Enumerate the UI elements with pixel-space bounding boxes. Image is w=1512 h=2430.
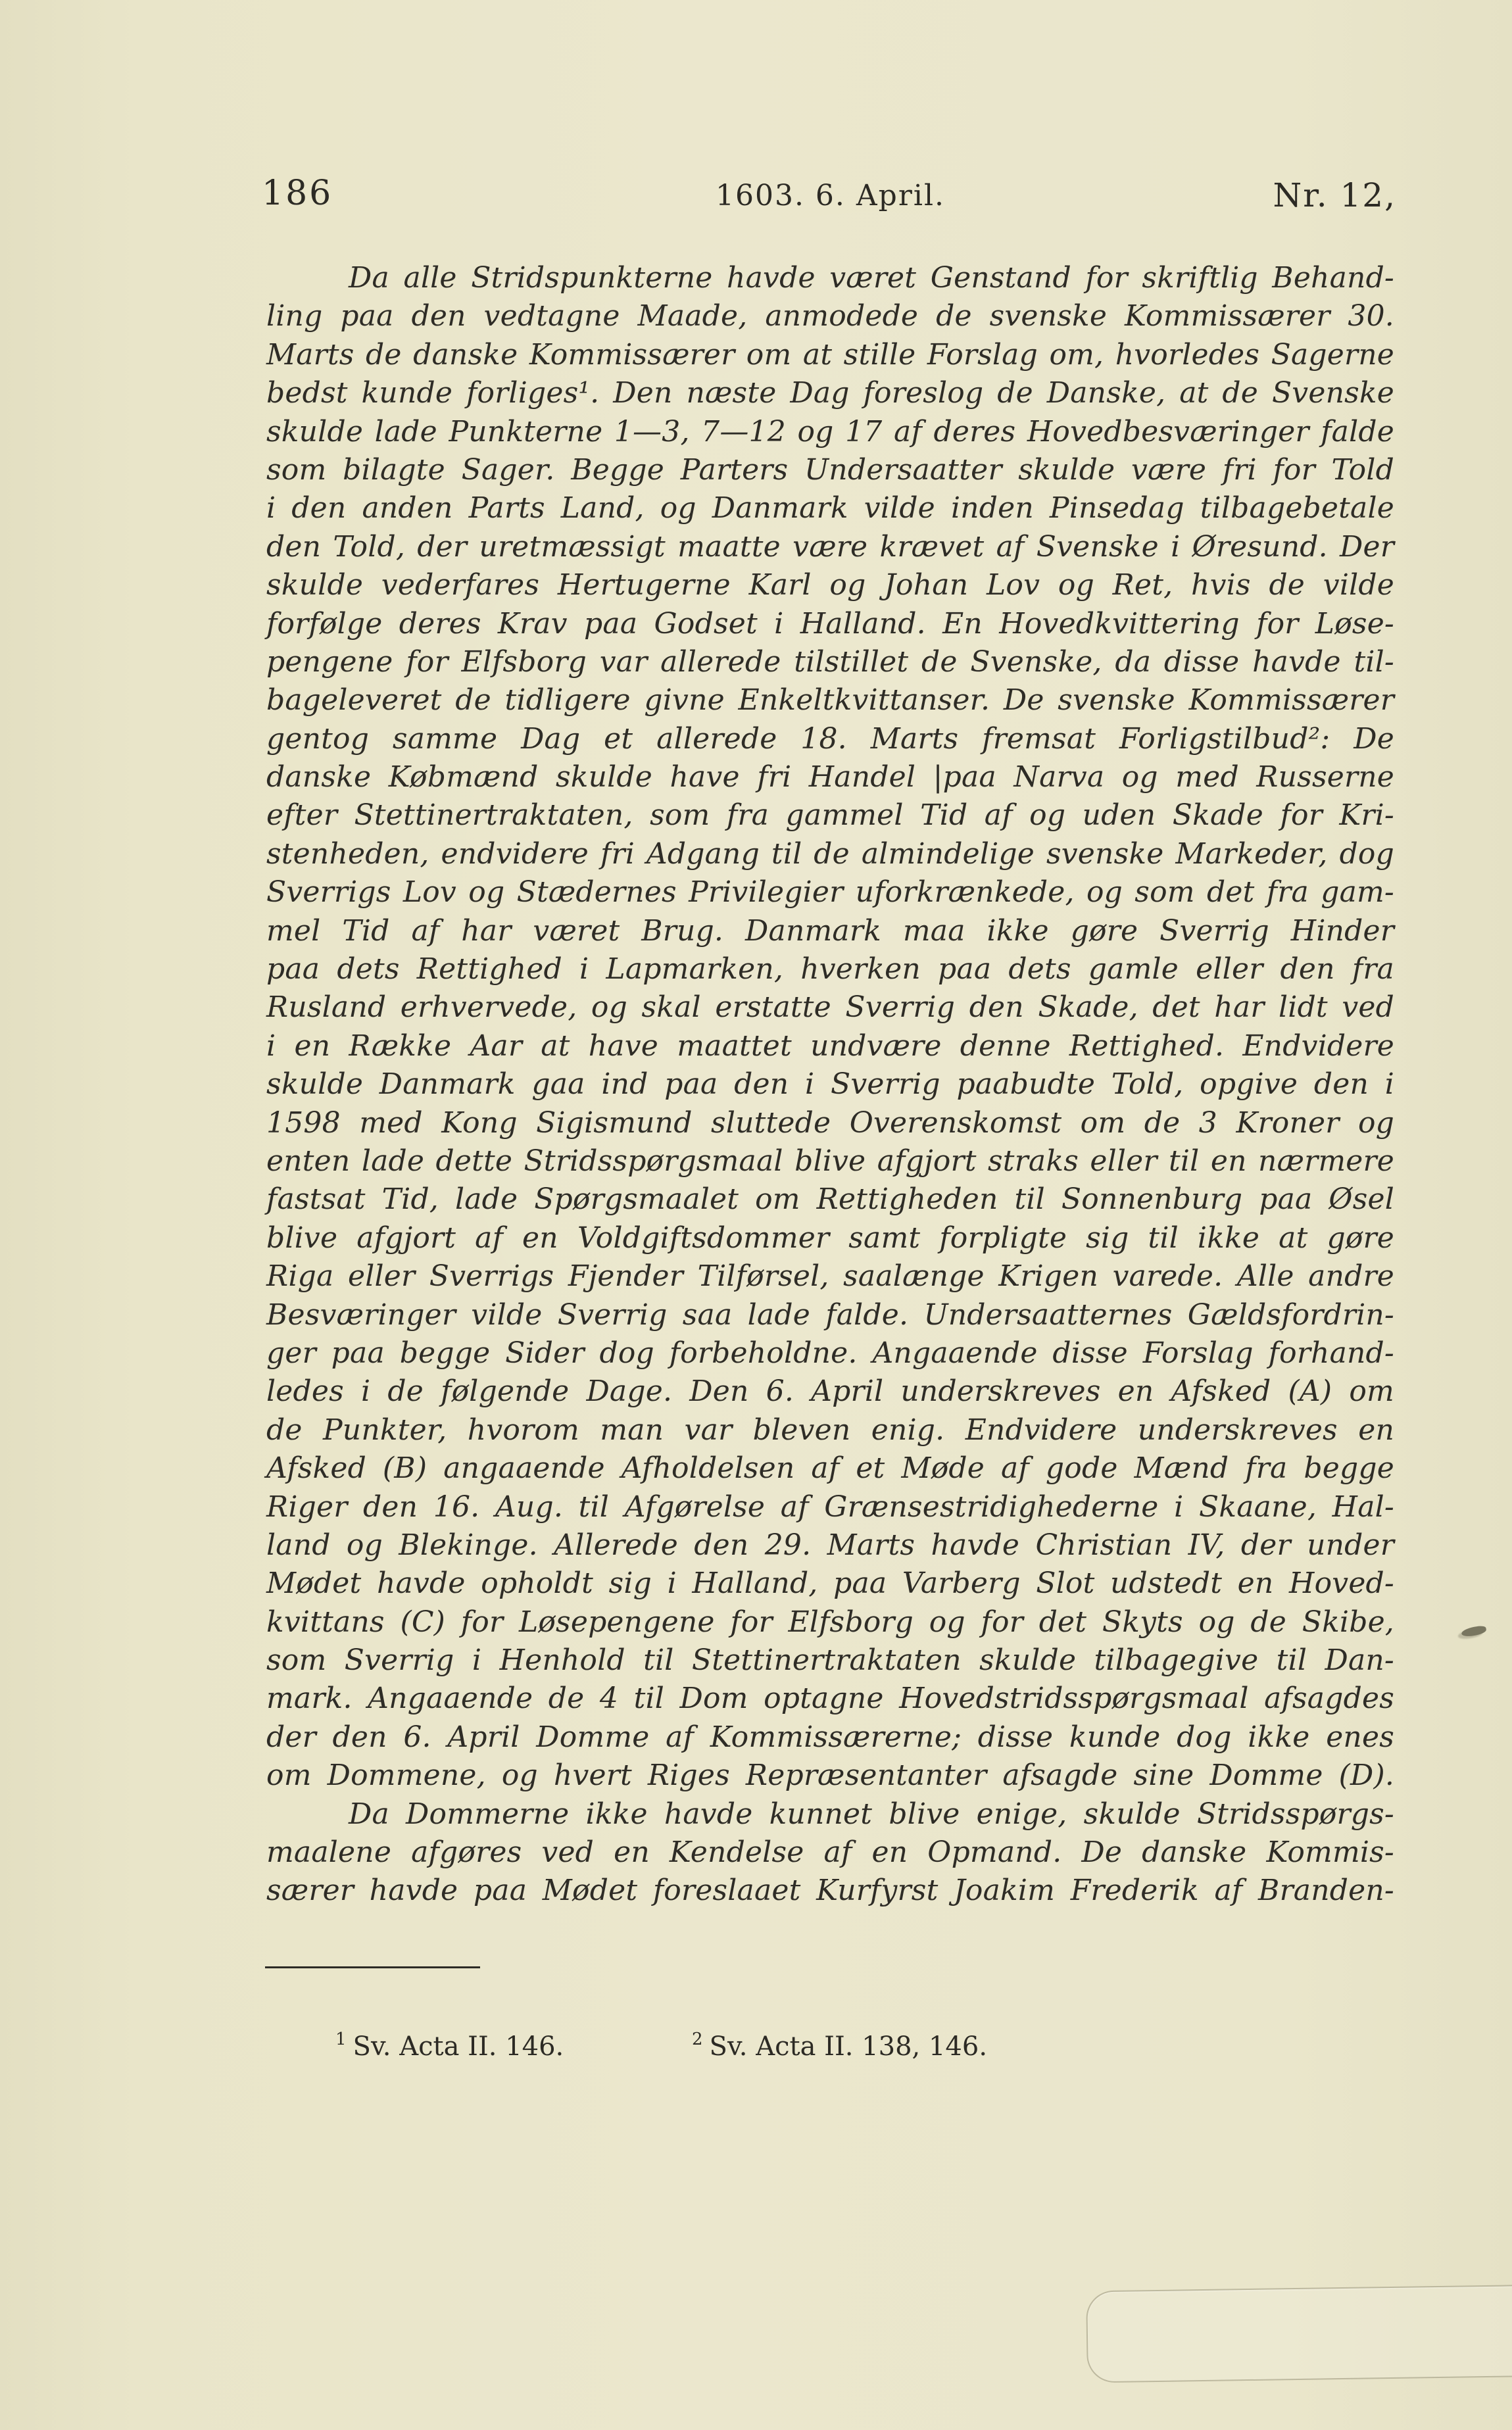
- footnote: 1Sv. Acta II. 146.: [335, 2024, 564, 2062]
- text-line: paa dets Rettighed i Lapmarken, hverken …: [266, 950, 1394, 988]
- text-line: efter Stettinertraktaten, som fra gammel…: [266, 796, 1394, 835]
- text-line: bedst kunde forliges¹. Den næste Dag for…: [266, 374, 1394, 412]
- text-line: ling paa den vedtagne Maade, anmodede de…: [266, 297, 1394, 335]
- text-line: fastsat Tid, lade Spørgsmaalet om Rettig…: [266, 1180, 1394, 1219]
- text-line: som Sverrig i Henhold til Stettinertrakt…: [266, 1641, 1394, 1680]
- text-line: skulde vederfares Hertugerne Karl og Joh…: [266, 566, 1394, 604]
- footnote-separator: [265, 1966, 480, 1968]
- header-issue-number: Nr. 12,: [1273, 179, 1396, 212]
- text-line: mark. Angaaende de 4 til Dom optagne Hov…: [266, 1680, 1394, 1718]
- text-line: land og Blekinge. Allerede den 29. Marts…: [266, 1526, 1394, 1565]
- text-line: Marts de danske Kommissærer om at stille…: [266, 336, 1394, 374]
- text-line: i en Række Aar at have maattet undvære d…: [266, 1027, 1394, 1065]
- text-line: Mødet havde opholdt sig i Halland, paa V…: [266, 1565, 1394, 1603]
- text-line: Rusland erhvervede, og skal erstatte Sve…: [266, 988, 1394, 1027]
- text-line: kvittans (C) for Løsepengene for Elfsbor…: [266, 1603, 1394, 1641]
- text-line: forfølge deres Krav paa Godset i Halland…: [266, 605, 1394, 643]
- text-line: ger paa begge Sider dog forbeholdne. Ang…: [266, 1334, 1394, 1373]
- footnote-text: Sv. Acta II. 138, 146.: [710, 2031, 987, 2062]
- text-line: blive afgjort af en Voldgiftsdommer samt…: [266, 1219, 1394, 1257]
- text-line: enten lade dette Stridsspørgsmaal blive …: [266, 1142, 1394, 1180]
- footnote-text: Sv. Acta II. 146.: [353, 2031, 564, 2062]
- embossed-rectangle: [1086, 2284, 1512, 2383]
- text-line: Da Dommerne ikke havde kunnet blive enig…: [266, 1795, 1394, 1834]
- footnote: 2Sv. Acta II. 138, 146.: [692, 2024, 987, 2062]
- text-line: danske Købmænd skulde have fri Handel |p…: [266, 758, 1394, 796]
- text-line: som bilagte Sager. Begge Parters Undersa…: [266, 451, 1394, 489]
- text-line: Riger den 16. Aug. til Afgørelse af Græn…: [266, 1488, 1394, 1526]
- text-line: Afsked (B) angaaende Afholdelsen af et M…: [266, 1449, 1394, 1488]
- text-line: bageleveret de tidligere givne Enkeltkvi…: [266, 681, 1394, 719]
- header-date: 1603. 6. April.: [266, 182, 1394, 210]
- text-line: skulde Danmark gaa ind paa den i Sverrig…: [266, 1065, 1394, 1104]
- ink-smudge: [1461, 1625, 1487, 1638]
- text-line: Da alle Stridspunkterne havde været Gens…: [266, 259, 1394, 297]
- scanned-book-page: 186 1603. 6. April. Nr. 12, Da alle Stri…: [0, 0, 1512, 2430]
- body-text: Da alle Stridspunkterne havde været Gens…: [266, 259, 1394, 1910]
- text-line: Sverrigs Lov og Stædernes Privilegier uf…: [266, 873, 1394, 911]
- text-line: mel Tid af har været Brug. Danmark maa i…: [266, 912, 1394, 950]
- footnote-marker: 2: [692, 2029, 703, 2049]
- text-line: den Told, der uretmæssigt maatte være kr…: [266, 528, 1394, 566]
- text-line: i den anden Parts Land, og Danmark vilde…: [266, 489, 1394, 527]
- text-line: pengene for Elfsborg var allerede tilsti…: [266, 643, 1394, 681]
- text-line: Besværinger vilde Sverrig saa lade falde…: [266, 1296, 1394, 1334]
- text-line: Riga eller Sverrigs Fjender Tilførsel, s…: [266, 1257, 1394, 1296]
- text-line: om Dommene, og hvert Riges Repræsentante…: [266, 1757, 1394, 1795]
- text-line: der den 6. April Domme af Kommissærerne;…: [266, 1718, 1394, 1757]
- text-line: stenheden, endvidere fri Adgang til de a…: [266, 835, 1394, 873]
- footnote-marker: 1: [335, 2029, 347, 2049]
- text-line: gentog samme Dag et allerede 18. Marts f…: [266, 720, 1394, 758]
- text-line: 1598 med Kong Sigismund sluttede Overens…: [266, 1104, 1394, 1142]
- text-line: maalene afgøres ved en Kendelse af en Op…: [266, 1834, 1394, 1872]
- text-line: ledes i de følgende Dage. Den 6. April u…: [266, 1373, 1394, 1411]
- text-line: de Punkter, hvorom man var bleven enig. …: [266, 1411, 1394, 1449]
- text-line: særer havde paa Mødet foreslaaet Kurfyrs…: [266, 1872, 1394, 1910]
- text-line: skulde lade Punkterne 1—3, 7—12 og 17 af…: [266, 413, 1394, 451]
